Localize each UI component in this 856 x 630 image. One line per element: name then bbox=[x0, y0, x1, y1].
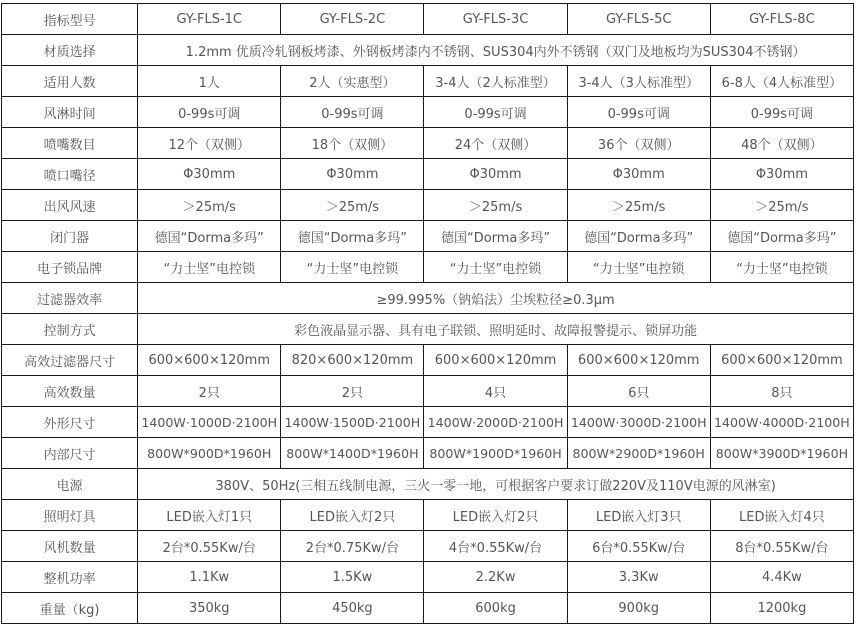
table-cell: ＞25m/s bbox=[424, 190, 567, 221]
table-cell: ＞25m/s bbox=[567, 190, 710, 221]
table-cell: “力士坚”电控锁 bbox=[138, 252, 281, 283]
table-cell: 48个（双侧） bbox=[710, 128, 853, 159]
table-cell: GY-FLS-3C bbox=[424, 4, 567, 35]
table-cell: 800W*1400D*1960H bbox=[281, 438, 424, 469]
table-cell: GY-FLS-1C bbox=[138, 4, 281, 35]
table-cell: 0-99s可调 bbox=[281, 97, 424, 128]
table-cell: 德国“Dorma多玛” bbox=[281, 221, 424, 252]
table-row-hepa-quantity: 高效数量2只2只4只6只8只 bbox=[2, 376, 854, 407]
table-cell: 2人（实惠型） bbox=[281, 66, 424, 97]
table-cell: Φ30mm bbox=[424, 159, 567, 190]
table-cell: 6台*0.55Kw/台 bbox=[567, 531, 710, 562]
table-row-material: 材质选择1.2mm 优质冷轧钢板烤漆、外钢板烤漆内不锈钢、SUS304内外不锈钢… bbox=[2, 35, 854, 66]
table-cell: 3.3Kw bbox=[567, 562, 710, 593]
row-label: 电源 bbox=[2, 469, 138, 500]
table-cell: 4.4Kw bbox=[710, 562, 853, 593]
row-label: 风机数量 bbox=[2, 531, 138, 562]
table-cell: 1.5Kw bbox=[281, 562, 424, 593]
table-row-inner-dimensions: 内部尺寸800W*900D*1960H800W*1400D*1960H800W*… bbox=[2, 438, 854, 469]
table-row-outer-dimensions: 外形尺寸1400W·1000D·2100H1400W·1500D·2100H14… bbox=[2, 407, 854, 438]
table-row-air-speed: 出风风速＞25m/s＞25m/s＞25m/s＞25m/s＞25m/s bbox=[2, 190, 854, 221]
row-label: 电子锁品牌 bbox=[2, 252, 138, 283]
table-cell: LED嵌入灯3只 bbox=[567, 500, 710, 531]
table-cell: 600×600×120mm bbox=[424, 345, 567, 376]
table-row-hepa-size: 高效过滤器尺寸600×600×120mm820×600×120mm600×600… bbox=[2, 345, 854, 376]
table-cell: 800W*900D*1960H bbox=[138, 438, 281, 469]
table-cell: 6只 bbox=[567, 376, 710, 407]
table-cell: 450kg bbox=[281, 593, 424, 624]
table-cell: 1400W·2000D·2100H bbox=[424, 407, 567, 438]
table-cell: ＞25m/s bbox=[281, 190, 424, 221]
spanning-cell: ≥99.995%（钠焰法）尘埃粒径≥0.3μm bbox=[138, 283, 854, 314]
table-cell: 1人 bbox=[138, 66, 281, 97]
row-label: 适用人数 bbox=[2, 66, 138, 97]
table-cell: 德国“Dorma多玛” bbox=[710, 221, 853, 252]
row-label: 指标型号 bbox=[2, 4, 138, 35]
row-label: 材质选择 bbox=[2, 35, 138, 66]
row-label: 控制方式 bbox=[2, 314, 138, 345]
table-row-weight: 重量（kg)350kg450kg600kg900kg1200kg bbox=[2, 593, 854, 624]
table-cell: 2台*0.75Kw/台 bbox=[281, 531, 424, 562]
row-label: 高效过滤器尺寸 bbox=[2, 345, 138, 376]
table-cell: 2只 bbox=[138, 376, 281, 407]
table-row-model: 指标型号GY-FLS-1CGY-FLS-2CGY-FLS-3CGY-FLS-5C… bbox=[2, 4, 854, 35]
row-label: 风淋时间 bbox=[2, 97, 138, 128]
row-label: 喷口嘴径 bbox=[2, 159, 138, 190]
table-cell: 德国“Dorma多玛” bbox=[138, 221, 281, 252]
spanning-cell: 1.2mm 优质冷轧钢板烤漆、外钢板烤漆内不锈钢、SUS304内外不锈钢（双门及… bbox=[138, 35, 854, 66]
table-cell: 1400W·1000D·2100H bbox=[138, 407, 281, 438]
spanning-cell: 彩色液晶显示器、具有电子联锁、照明延时、故障报警提示、锁屏功能 bbox=[138, 314, 854, 345]
table-cell: 600×600×120mm bbox=[138, 345, 281, 376]
table-cell: 800W*3900D*1960H bbox=[710, 438, 853, 469]
row-label: 内部尺寸 bbox=[2, 438, 138, 469]
table-cell: “力士坚”电控锁 bbox=[710, 252, 853, 283]
row-label: 喷嘴数目 bbox=[2, 128, 138, 159]
table-cell: Φ30mm bbox=[710, 159, 853, 190]
table-row-door-closer: 闭门器德国“Dorma多玛”德国“Dorma多玛”德国“Dorma多玛”德国“D… bbox=[2, 221, 854, 252]
table-cell: 800W*1900D*1960H bbox=[424, 438, 567, 469]
table-cell: LED嵌入灯2只 bbox=[281, 500, 424, 531]
table-cell: 350kg bbox=[138, 593, 281, 624]
row-label: 过滤器效率 bbox=[2, 283, 138, 314]
table-row-lighting: 照明灯具LED嵌入灯1只LED嵌入灯2只LED嵌入灯2只LED嵌入灯3只LED嵌… bbox=[2, 500, 854, 531]
table-row-nozzle-count: 喷嘴数目12个（双侧）18个（双侧）24个（双侧）36个（双侧）48个（双侧） bbox=[2, 128, 854, 159]
spanning-cell: 380V、50Hz(三相五线制电源，三火一零一地，可根据客户要求订做220V及1… bbox=[138, 469, 854, 500]
row-label: 重量（kg) bbox=[2, 593, 138, 624]
table-cell: GY-FLS-2C bbox=[281, 4, 424, 35]
table-cell: 0-99s可调 bbox=[138, 97, 281, 128]
table-cell: 600×600×120mm bbox=[710, 345, 853, 376]
table-row-total-power: 整机功率1.1Kw1.5Kw2.2Kw3.3Kw4.4Kw bbox=[2, 562, 854, 593]
spec-table: 指标型号GY-FLS-1CGY-FLS-2CGY-FLS-3CGY-FLS-5C… bbox=[1, 3, 854, 624]
table-row-lock-brand: 电子锁品牌“力士坚”电控锁“力士坚”电控锁“力士坚”电控锁“力士坚”电控锁“力士… bbox=[2, 252, 854, 283]
table-row-filter-efficiency: 过滤器效率≥99.995%（钠焰法）尘埃粒径≥0.3μm bbox=[2, 283, 854, 314]
table-cell: GY-FLS-8C bbox=[710, 4, 853, 35]
table-cell: ＞25m/s bbox=[710, 190, 853, 221]
table-row-fan-quantity: 风机数量2台*0.55Kw/台2台*0.75Kw/台4台*0.55Kw/台6台*… bbox=[2, 531, 854, 562]
table-cell: 2只 bbox=[281, 376, 424, 407]
table-cell: 24个（双侧） bbox=[424, 128, 567, 159]
table-cell: 德国“Dorma多玛” bbox=[567, 221, 710, 252]
table-cell: “力士坚”电控锁 bbox=[567, 252, 710, 283]
table-cell: LED嵌入灯4只 bbox=[710, 500, 853, 531]
table-cell: 3-4人（2人标准型） bbox=[424, 66, 567, 97]
table-cell: 12个（双侧） bbox=[138, 128, 281, 159]
table-row-power-supply: 电源380V、50Hz(三相五线制电源，三火一零一地，可根据客户要求订做220V… bbox=[2, 469, 854, 500]
table-cell: “力士坚”电控锁 bbox=[281, 252, 424, 283]
table-cell: 600×600×120mm bbox=[567, 345, 710, 376]
table-cell: GY-FLS-5C bbox=[567, 4, 710, 35]
row-label: 闭门器 bbox=[2, 221, 138, 252]
table-cell: Φ30mm bbox=[567, 159, 710, 190]
row-label: 整机功率 bbox=[2, 562, 138, 593]
table-cell: 0-99s可调 bbox=[567, 97, 710, 128]
table-cell: 820×600×120mm bbox=[281, 345, 424, 376]
table-row-shower-time: 风淋时间0-99s可调0-99s可调0-99s可调0-99s可调0-99s可调 bbox=[2, 97, 854, 128]
table-cell: 1400W·1500D·2100H bbox=[281, 407, 424, 438]
table-cell: 1400W·4000D·2100H bbox=[710, 407, 853, 438]
table-cell: 800W*2900D*1960H bbox=[567, 438, 710, 469]
table-row-capacity: 适用人数1人2人（实惠型）3-4人（2人标准型）3-4人（3人标准型）6-8人（… bbox=[2, 66, 854, 97]
table-cell: 2.2Kw bbox=[424, 562, 567, 593]
table-cell: LED嵌入灯1只 bbox=[138, 500, 281, 531]
row-label: 照明灯具 bbox=[2, 500, 138, 531]
table-row-nozzle-diameter: 喷口嘴径Φ30mmΦ30mmΦ30mmΦ30mmΦ30mm bbox=[2, 159, 854, 190]
table-cell: 1400W·3000D·2100H bbox=[567, 407, 710, 438]
table-cell: 900kg bbox=[567, 593, 710, 624]
table-cell: 36个（双侧） bbox=[567, 128, 710, 159]
table-cell: 1200kg bbox=[710, 593, 853, 624]
table-cell: LED嵌入灯2只 bbox=[424, 500, 567, 531]
row-label: 高效数量 bbox=[2, 376, 138, 407]
table-cell: 4台*0.55Kw/台 bbox=[424, 531, 567, 562]
table-cell: Φ30mm bbox=[281, 159, 424, 190]
row-label: 外形尺寸 bbox=[2, 407, 138, 438]
table-row-control-mode: 控制方式彩色液晶显示器、具有电子联锁、照明延时、故障报警提示、锁屏功能 bbox=[2, 314, 854, 345]
table-cell: “力士坚”电控锁 bbox=[424, 252, 567, 283]
table-cell: 600kg bbox=[424, 593, 567, 624]
table-cell: Φ30mm bbox=[138, 159, 281, 190]
table-cell: 2台*0.55Kw/台 bbox=[138, 531, 281, 562]
table-cell: 0-99s可调 bbox=[710, 97, 853, 128]
table-cell: 6-8人（4人标准型） bbox=[710, 66, 853, 97]
table-cell: 4只 bbox=[424, 376, 567, 407]
table-cell: 8台*0.55Kw/台 bbox=[710, 531, 853, 562]
table-cell: 3-4人（3人标准型） bbox=[567, 66, 710, 97]
table-cell: 8只 bbox=[710, 376, 853, 407]
spec-table-body: 指标型号GY-FLS-1CGY-FLS-2CGY-FLS-3CGY-FLS-5C… bbox=[2, 4, 854, 624]
table-cell: ＞25m/s bbox=[138, 190, 281, 221]
table-cell: 0-99s可调 bbox=[424, 97, 567, 128]
table-cell: 18个（双侧） bbox=[281, 128, 424, 159]
table-cell: 1.1Kw bbox=[138, 562, 281, 593]
row-label: 出风风速 bbox=[2, 190, 138, 221]
table-cell: 德国“Dorma多玛” bbox=[424, 221, 567, 252]
